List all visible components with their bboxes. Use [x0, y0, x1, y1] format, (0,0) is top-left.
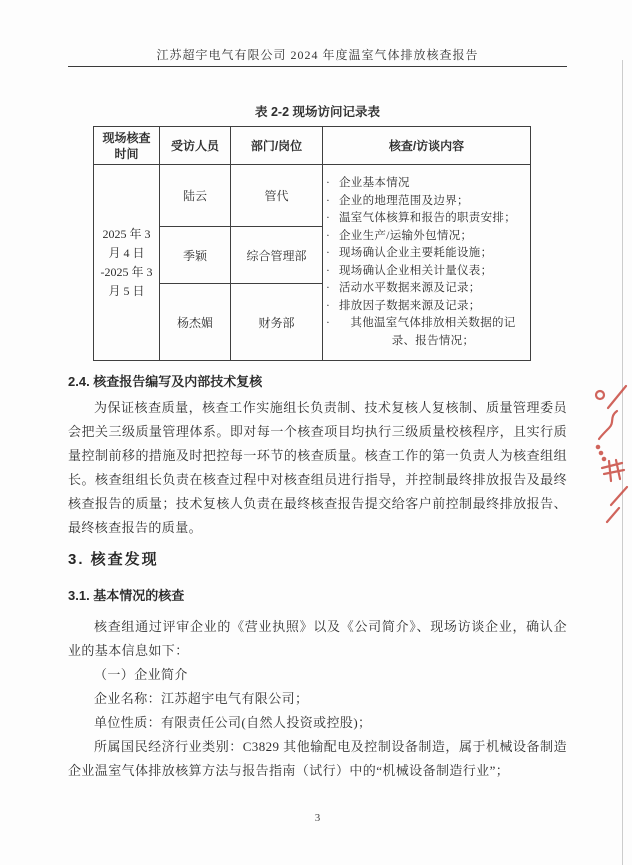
bullet-icon: · [326, 210, 339, 228]
interviewee-cell: 季颖 [160, 227, 231, 284]
list-item-text: 现场确认企业相关计量仪表； [339, 263, 492, 281]
list-item-text: 温室气体核算和报告的职责安排； [339, 210, 516, 228]
section-3-1-intro: 核查组通过评审企业的《营业执照》以及《公司简介》、现场访谈企业，确认企业的基本信… [68, 615, 567, 663]
list-item-text: 企业基本情况 [339, 175, 410, 193]
document-page: 江苏超宇电气有限公司 2024 年度温室气体排放核查报告 表 2-2 现场访问记… [0, 0, 632, 865]
company-name-line: 企业名称：江苏超宇电气有限公司； [68, 687, 567, 711]
header-rule [68, 66, 567, 67]
list-item: ·温室气体核算和报告的职责安排； [326, 210, 527, 228]
table-caption: 表 2-2 现场访问记录表 [68, 105, 567, 119]
interview-content-cell: ·企业基本情况 ·企业的地理范围及边界； ·温室气体核算和报告的职责安排； ·企… [323, 165, 531, 361]
list-item-text: 排放因子数据来源及记录； [339, 298, 481, 316]
section-2-4-heading: 2.4. 核查报告编写及内部技术复核 [68, 374, 567, 389]
list-item: ·其他温室气体排放相关数据的记录、报告情况； [326, 315, 527, 350]
section-3-heading: 3. 核查发现 [68, 551, 567, 569]
site-visit-record-table: 现场核查 时间 受访人员 部门/岗位 核查/访谈内容 2025 年 3 月 4 … [93, 126, 531, 361]
department-cell: 财务部 [231, 284, 323, 361]
bullet-icon: · [326, 193, 339, 211]
list-item-text: 现场确认企业主要耗能设施； [339, 245, 492, 263]
verification-time-cell: 2025 年 3 月 4 日 -2025 年 3 月 5 日 [94, 165, 160, 361]
bullet-icon: · [326, 175, 339, 193]
interviewee-cell: 陆云 [160, 165, 231, 227]
col-header-time: 现场核查 时间 [94, 127, 160, 165]
bullet-icon: · [326, 228, 339, 246]
col-header-department: 部门/岗位 [231, 127, 323, 165]
interviewee-cell: 杨杰媚 [160, 284, 231, 361]
page-content: 江苏超宇电气有限公司 2024 年度温室气体排放核查报告 表 2-2 现场访问记… [0, 48, 632, 783]
list-item-text: 企业生产/运输外包情况； [339, 228, 472, 246]
list-item-text: 其他温室气体排放相关数据的记录、报告情况； [339, 315, 527, 350]
section-2-4-paragraph: 为保证核查质量，核查工作实施组长负责制、技术复核人复核制、质量管理委员会把关三级… [68, 396, 567, 540]
company-profile-subheading: （一）企业简介 [68, 663, 567, 687]
list-item: ·现场确认企业相关计量仪表； [326, 263, 527, 281]
col-header-interviewee: 受访人员 [160, 127, 231, 165]
company-type-line: 单位性质：有限责任公司(自然人投资或控股)； [68, 711, 567, 735]
list-item-text: 活动水平数据来源及记录； [339, 280, 481, 298]
running-header: 江苏超宇电气有限公司 2024 年度温室气体排放核查报告 [68, 48, 567, 62]
bullet-icon: · [326, 280, 339, 298]
scan-edge-artifact [622, 60, 623, 865]
col-header-content: 核查/访谈内容 [323, 127, 531, 165]
department-cell: 综合管理部 [231, 227, 323, 284]
list-item-text: 企业的地理范围及边界； [339, 193, 469, 211]
list-item: ·活动水平数据来源及记录； [326, 280, 527, 298]
list-item: ·企业生产/运输外包情况； [326, 228, 527, 246]
table-row: 2025 年 3 月 4 日 -2025 年 3 月 5 日 陆云 管代 ·企业… [94, 165, 531, 227]
bullet-icon: · [326, 315, 339, 350]
section-3-1-heading: 3.1. 基本情况的核查 [68, 588, 567, 603]
bullet-icon: · [326, 245, 339, 263]
interview-content-list: ·企业基本情况 ·企业的地理范围及边界； ·温室气体核算和报告的职责安排； ·企… [326, 175, 527, 350]
list-item: ·企业的地理范围及边界； [326, 193, 527, 211]
list-item: ·现场确认企业主要耗能设施； [326, 245, 527, 263]
section-3-1-body: 核查组通过评审企业的《营业执照》以及《公司简介》、现场访谈企业，确认企业的基本信… [68, 615, 567, 783]
department-cell: 管代 [231, 165, 323, 227]
table-header-row: 现场核查 时间 受访人员 部门/岗位 核查/访谈内容 [94, 127, 531, 165]
bullet-icon: · [326, 298, 339, 316]
industry-category-line: 所属国民经济行业类别：C3829 其他输配电及控制设备制造，属于机械设备制造企业… [68, 735, 567, 783]
list-item: ·企业基本情况 [326, 175, 527, 193]
page-number: 3 [68, 812, 567, 824]
bullet-icon: · [326, 263, 339, 281]
list-item: ·排放因子数据来源及记录； [326, 298, 527, 316]
